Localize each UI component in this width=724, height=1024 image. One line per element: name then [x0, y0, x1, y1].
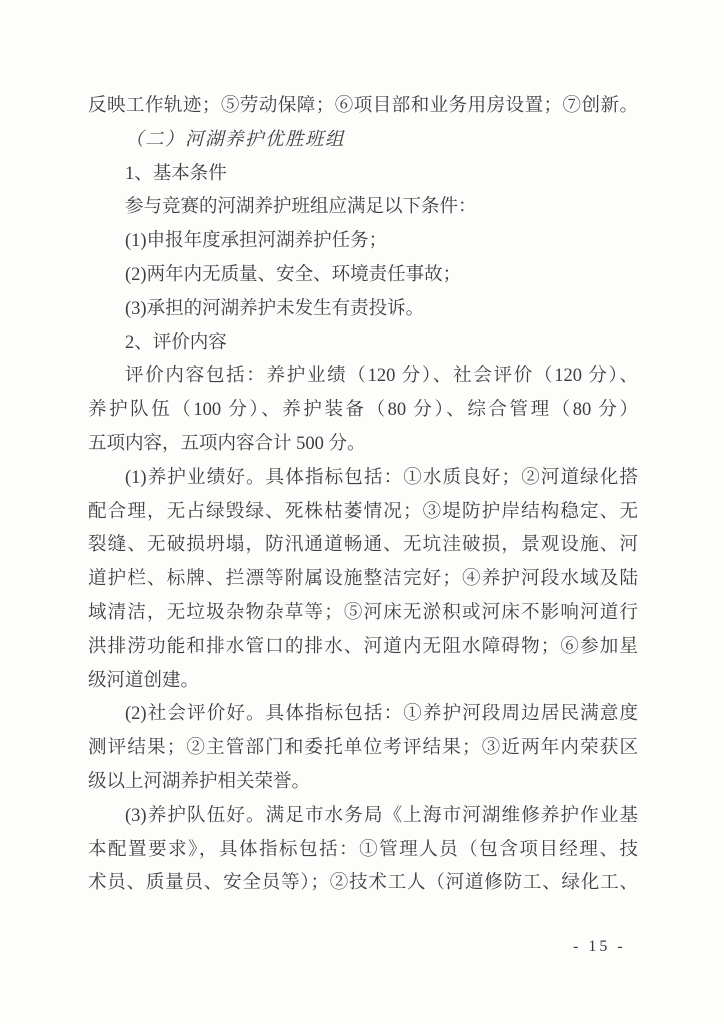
text-line: 洪排涝功能和排水管口的排水、河道内无阻水障碍物；⑥参加星 [88, 631, 638, 665]
text-line: 配合理，无占绿毁绿、死株枯萎情况；③堤防护岸结构稳定、无 [88, 496, 638, 530]
text-line: (2)两年内无质量、安全、环境责任事故； [88, 259, 638, 293]
text-line: 反映工作轨迹；⑤劳动保障；⑥项目部和业务用房设置；⑦创新。 [88, 90, 638, 124]
text-line: 测评结果；②主管部门和委托单位考评结果；③近两年内荣获区 [88, 732, 638, 766]
text-line: (3)养护队伍好。满足市水务局《上海市河湖维修养护作业基 [88, 800, 638, 834]
text-line: 术员、质量员、安全员等）；②技术工人（河道修防工、绿化工、 [88, 867, 638, 901]
text-line: 2、评价内容 [88, 327, 638, 361]
text-line: 养护队伍（100 分）、养护装备（80 分）、综合管理（80 分） [88, 394, 638, 428]
text-line: (1)养护业绩好。具体指标包括：①水质良好；②河道绿化搭 [88, 462, 638, 496]
text-line: 五项内容，五项内容合计 500 分。 [88, 428, 638, 462]
page-number: - 15 - [573, 938, 626, 956]
text-block: 反映工作轨迹；⑤劳动保障；⑥项目部和业务用房设置；⑦创新。（二）河湖养护优胜班组… [88, 90, 638, 901]
text-line: 裂缝、无破损坍塌，防汛通道畅通、无坑洼破损，景观设施、河 [88, 529, 638, 563]
document-page: 反映工作轨迹；⑤劳动保障；⑥项目部和业务用房设置；⑦创新。（二）河湖养护优胜班组… [0, 0, 724, 1024]
text-line: (2)社会评价好。具体指标包括：①养护河段周边居民满意度 [88, 698, 638, 732]
section-heading-line: （二）河湖养护优胜班组 [88, 124, 638, 158]
text-line: 参与竞赛的河湖养护班组应满足以下条件： [88, 191, 638, 225]
text-line: 域清洁，无垃圾杂物杂草等；⑤河床无淤积或河床不影响河道行 [88, 597, 638, 631]
text-line: 本配置要求》，具体指标包括：①管理人员（包含项目经理、技 [88, 834, 638, 868]
text-line: (1)申报年度承担河湖养护任务； [88, 225, 638, 259]
text-line: 级以上河湖养护相关荣誉。 [88, 766, 638, 800]
text-line: 道护栏、标牌、拦漂等附属设施整洁完好；④养护河段水域及陆 [88, 563, 638, 597]
text-line: (3)承担的河湖养护未发生有责投诉。 [88, 293, 638, 327]
text-line: 1、基本条件 [88, 158, 638, 192]
text-line: 评价内容包括：养护业绩（120 分）、社会评价（120 分）、 [88, 360, 638, 394]
text-line: 级河道创建。 [88, 665, 638, 699]
